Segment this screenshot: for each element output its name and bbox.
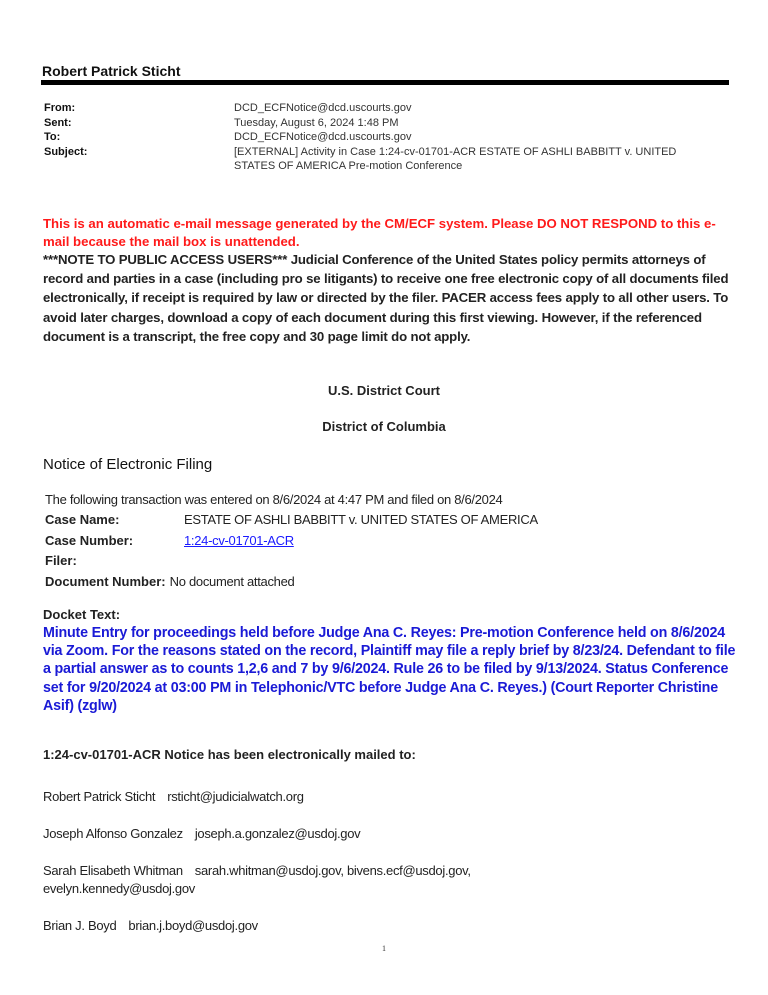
filer-row: Filer: <box>45 551 538 572</box>
notice-title: Notice of Electronic Filing <box>43 456 212 473</box>
subject-label: Subject: <box>44 145 234 174</box>
docket-text: Minute Entry for proceedings held before… <box>43 624 743 715</box>
document-number-row: Document Number: No document attached <box>45 572 538 593</box>
document-number-label: Document Number: <box>45 572 166 593</box>
sent-value: Tuesday, August 6, 2024 1:48 PM <box>234 116 714 131</box>
case-number-row: Case Number: 1:24-cv-01701-ACR <box>45 531 538 552</box>
subject-row: Subject: [EXTERNAL] Activity in Case 1:2… <box>44 145 734 174</box>
auto-email-warning: This is an automatic e-mail message gene… <box>43 215 733 250</box>
court-name: U.S. District Court <box>0 383 768 398</box>
case-name-row: Case Name: ESTATE OF ASHLI BABBITT v. UN… <box>45 510 538 531</box>
recipient-emails: brian.j.boyd@usdoj.gov <box>128 918 257 933</box>
recipient-name: Robert Patrick Sticht <box>43 789 155 804</box>
transaction-line: The following transaction was entered on… <box>45 492 502 507</box>
to-value: DCD_ECFNotice@dcd.uscourts.gov <box>234 130 714 145</box>
to-label: To: <box>44 130 234 145</box>
recipient-name: Sarah Elisabeth Whitman <box>43 863 183 878</box>
docket-text-label: Docket Text: <box>43 607 120 622</box>
case-number-link[interactable]: 1:24-cv-01701-ACR <box>184 531 294 552</box>
recipient-item: Joseph Alfonso Gonzalezjoseph.a.gonzalez… <box>43 825 603 843</box>
case-name-value: ESTATE OF ASHLI BABBITT v. UNITED STATES… <box>184 510 538 531</box>
sent-row: Sent: Tuesday, August 6, 2024 1:48 PM <box>44 116 734 131</box>
filer-label: Filer: <box>45 551 184 572</box>
email-header-fields: From: DCD_ECFNotice@dcd.uscourts.gov Sen… <box>44 101 734 174</box>
recipient-item: Robert Patrick Stichtrsticht@judicialwat… <box>43 788 603 806</box>
district-name: District of Columbia <box>0 419 768 434</box>
sent-label: Sent: <box>44 116 234 131</box>
public-access-note: ***NOTE TO PUBLIC ACCESS USERS*** Judici… <box>43 250 733 346</box>
mailed-to-heading: 1:24-cv-01701-ACR Notice has been electr… <box>43 747 416 762</box>
document-number-value: No document attached <box>170 572 295 593</box>
mailbox-owner-name: Robert Patrick Sticht <box>42 63 180 79</box>
email-printout-page: Robert Patrick Sticht From: DCD_ECFNotic… <box>0 0 768 995</box>
case-number-label: Case Number: <box>45 531 184 552</box>
from-label: From: <box>44 101 234 116</box>
recipient-item: Brian J. Boydbrian.j.boyd@usdoj.gov <box>43 917 603 935</box>
header-divider <box>41 80 729 85</box>
from-value: DCD_ECFNotice@dcd.uscourts.gov <box>234 101 714 116</box>
recipient-emails: rsticht@judicialwatch.org <box>167 789 303 804</box>
page-number: 1 <box>0 944 768 953</box>
subject-value: [EXTERNAL] Activity in Case 1:24-cv-0170… <box>234 145 714 174</box>
to-row: To: DCD_ECFNotice@dcd.uscourts.gov <box>44 130 734 145</box>
case-details: Case Name: ESTATE OF ASHLI BABBITT v. UN… <box>45 510 538 592</box>
recipient-name: Joseph Alfonso Gonzalez <box>43 826 183 841</box>
case-name-label: Case Name: <box>45 510 184 531</box>
recipient-item: Sarah Elisabeth Whitmansarah.whitman@usd… <box>43 862 603 898</box>
from-row: From: DCD_ECFNotice@dcd.uscourts.gov <box>44 101 734 116</box>
recipient-name: Brian J. Boyd <box>43 918 116 933</box>
recipient-emails: joseph.a.gonzalez@usdoj.gov <box>195 826 361 841</box>
